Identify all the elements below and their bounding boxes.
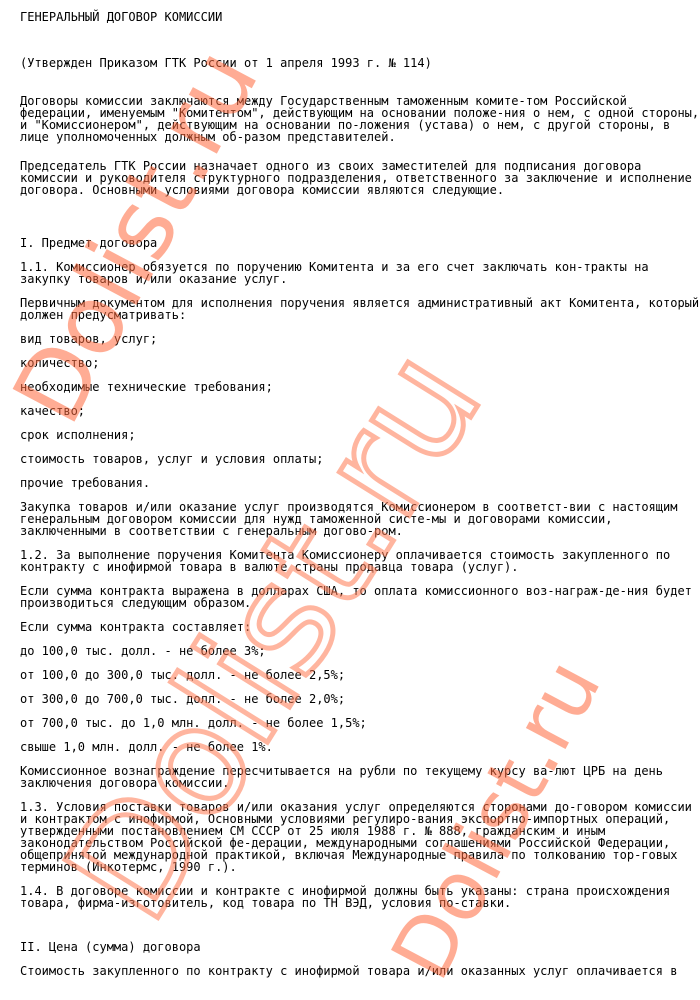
commission-rate-item: до 100,0 тыс. долл. - не более 3%; bbox=[20, 645, 690, 657]
clause-1-3: 1.3. Условия поставки товаров и/или оказ… bbox=[20, 801, 690, 873]
contract-sum-intro: Если сумма контракта составляет: bbox=[20, 621, 690, 633]
usd-paragraph: Если сумма контракта выражена в долларах… bbox=[20, 585, 690, 609]
clause-1-2: 1.2. За выполнение поручения Комитента К… bbox=[20, 549, 690, 573]
primary-document-paragraph: Первичным документом для исполнения пору… bbox=[20, 297, 690, 321]
commission-rate-item: от 100,0 до 300,0 тыс. долл. - не более … bbox=[20, 669, 690, 681]
commission-rate-item: свыше 1,0 млн. долл. - не более 1%. bbox=[20, 741, 690, 753]
clause-1-1: 1.1. Комиссионер обязуется по поручению … bbox=[20, 261, 690, 285]
purchase-paragraph: Закупка товаров и/или оказание услуг про… bbox=[20, 501, 690, 537]
requirement-item: качество; bbox=[20, 405, 690, 417]
clause-1-4: 1.4. В договоре комиссии и контракте с и… bbox=[20, 885, 690, 909]
document-body: ГЕНЕРАЛЬНЫЙ ДОГОВОР КОМИССИИ (Утвержден … bbox=[20, 11, 690, 977]
document-title: ГЕНЕРАЛЬНЫЙ ДОГОВОР КОМИССИИ bbox=[20, 11, 690, 23]
recalculation-paragraph: Комиссионное вознаграждение пересчитывае… bbox=[20, 765, 690, 789]
requirement-item: стоимость товаров, услуг и условия оплат… bbox=[20, 453, 690, 465]
document-approval-note: (Утвержден Приказом ГТК России от 1 апре… bbox=[20, 57, 690, 69]
commission-rate-item: от 300,0 до 700,0 тыс. долл. - не более … bbox=[20, 693, 690, 705]
section-2-heading: II. Цена (сумма) договора bbox=[20, 941, 690, 953]
requirement-item: прочие требования. bbox=[20, 477, 690, 489]
requirement-item: количество; bbox=[20, 357, 690, 369]
requirement-item: необходимые технические требования; bbox=[20, 381, 690, 393]
section-1-heading: I. Предмет договора bbox=[20, 237, 690, 249]
commission-rate-item: от 700,0 тыс. до 1,0 млн. долл. - не бол… bbox=[20, 717, 690, 729]
requirement-item: срок исполнения; bbox=[20, 429, 690, 441]
intro-paragraph-parties: Договоры комиссии заключаются между Госу… bbox=[20, 95, 690, 143]
requirement-item: вид товаров, услуг; bbox=[20, 333, 690, 345]
section-2-paragraph: Стоимость закупленного по контракту с ин… bbox=[20, 965, 690, 977]
intro-paragraph-chairman: Председатель ГТК России назначает одного… bbox=[20, 160, 690, 196]
